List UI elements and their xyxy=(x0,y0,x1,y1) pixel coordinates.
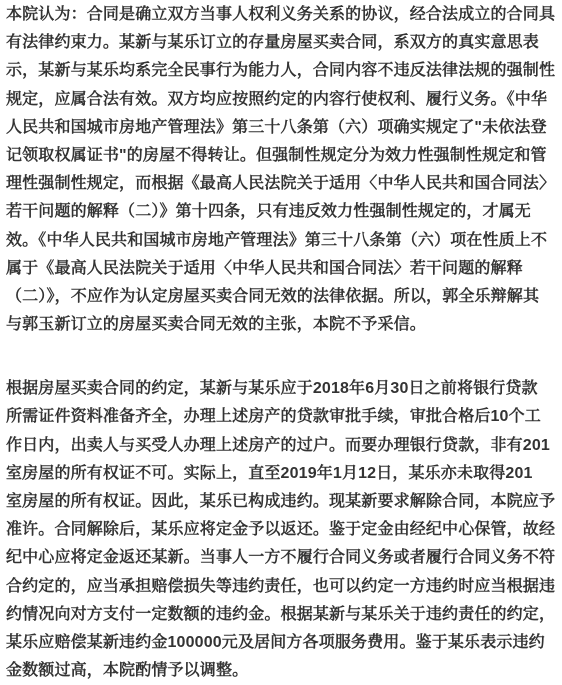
text-line: 作日内，出卖人与买受人办理上述房产的过户。而要办理银行贷款，非有201 xyxy=(6,432,557,460)
text-line: 理性强制性规定，而根据《最高人民法院关于适用〈中华人民共和国合同法〉 xyxy=(6,170,557,198)
text-line: 规定，应属合法有效。双方均应按照约定的内容行使权利、履行义务。《中华 xyxy=(6,86,557,114)
text-line: （二）》，不应作为认定房屋买卖合同无效的法律依据。所以，郭全乐辩解其 xyxy=(6,283,557,311)
text-line: 若干问题的解释（二）》第十四条，只有违反效力性强制性规定的，才属无 xyxy=(6,198,557,226)
court-judgment-document: 本院认为：合同是确立双方当事人权利义务关系的协议，经合法成立的合同具 有法律约束… xyxy=(0,0,562,685)
text-line: 约情况向对方支付一定数额的违约金。根据某新与某乐关于违约责任的约定， xyxy=(6,601,557,629)
text-line: 某乐应赔偿某新违约金100000元及居间方各项服务费用。鉴于某乐表示违约 xyxy=(6,629,557,657)
paragraph-breach-and-damages-opinion: 根据房屋买卖合同的约定，某新与某乐应于2018年6月30日之前将银行贷款 所需证… xyxy=(6,375,557,685)
text-line: 有法律约束力。某新与某乐订立的存量房屋买卖合同，系双方的真实意思表 xyxy=(6,29,557,57)
text-line: 本院认为：合同是确立双方当事人权利义务关系的协议，经合法成立的合同具 xyxy=(6,1,557,29)
text-line: 记领取权属证书"的房屋不得转让。但强制性规定分为效力性强制性规定和管 xyxy=(6,142,557,170)
text-line: 所需证件资料准备齐全，办理上述房产的贷款审批手续，审批合格后10个工 xyxy=(6,403,557,431)
text-line: 合约定的，应当承担赔偿损失等违约责任，也可以约定一方违约时应当根据违 xyxy=(6,573,557,601)
paragraph-contract-validity-opinion: 本院认为：合同是确立双方当事人权利义务关系的协议，经合法成立的合同具 有法律约束… xyxy=(6,1,557,339)
text-line: 效。《中华人民共和国城市房地产管理法》第三十八条第（六）项在性质上不 xyxy=(6,227,557,255)
text-line: 人民共和国城市房地产管理法》第三十八条第（六）项确实规定了"未依法登 xyxy=(6,114,557,142)
text-line: 室房屋的所有权证。因此，某乐已构成违约。现某新要求解除合同，本院应予 xyxy=(6,488,557,516)
text-line: 准许。合同解除后，某乐应将定金予以返还。鉴于定金由经纪中心保管，故经 xyxy=(6,516,557,544)
text-line: 根据房屋买卖合同的约定，某新与某乐应于2018年6月30日之前将银行贷款 xyxy=(6,375,557,403)
text-line: 示，某新与某乐均系完全民事行为能力人，合同内容不违反法律法规的强制性 xyxy=(6,57,557,85)
text-line: 室房屋的所有权证不可。实际上，直至2019年1月12日，某乐亦未取得201 xyxy=(6,460,557,488)
text-line: 金数额过高，本院酌情予以调整。 xyxy=(6,657,557,685)
text-line: 属于《最高人民法院关于适用〈中华人民共和国合同法〉若干问题的解释 xyxy=(6,255,557,283)
text-line: 与郭玉新订立的房屋买卖合同无效的主张，本院不予采信。 xyxy=(6,311,557,339)
text-line: 纪中心应将定金返还某新。当事人一方不履行合同义务或者履行合同义务不符 xyxy=(6,544,557,572)
